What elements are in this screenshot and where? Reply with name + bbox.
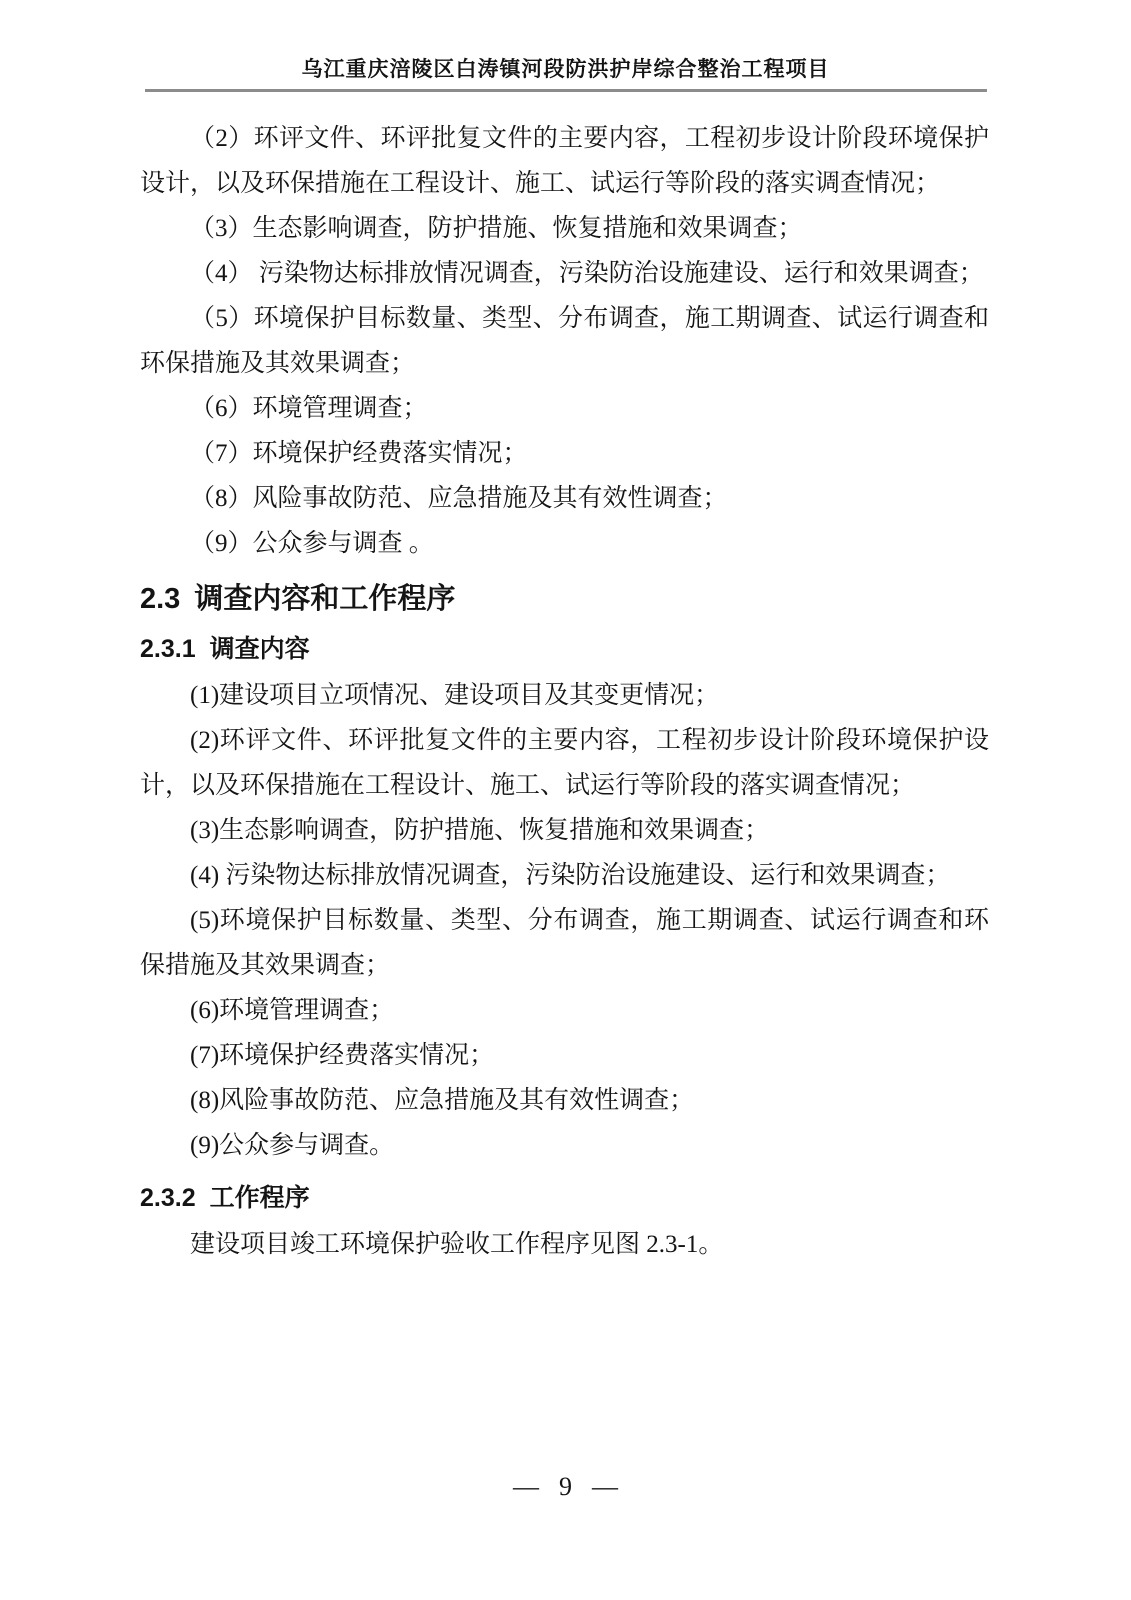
header-title: 乌江重庆涪陵区白涛镇河段防洪护岸综合整治工程项目 (0, 56, 1131, 82)
intro-item: （7）环境保护经费落实情况； (140, 431, 989, 476)
intro-item: （8）风险事故防范、应急措施及其有效性调查； (140, 476, 989, 521)
subsection-heading-2-3-2: 2.3.2工作程序 (140, 1179, 989, 1217)
list-item: (8)风险事故防范、应急措施及其有效性调查； (140, 1078, 989, 1123)
intro-item: （3）生态影响调查，防护措施、恢复措施和效果调查； (140, 206, 989, 251)
list-item: (4) 污染物达标排放情况调查，污染防治设施建设、运行和效果调查； (140, 853, 989, 898)
subsection-title: 调查内容 (210, 635, 310, 663)
page-header: 乌江重庆涪陵区白涛镇河段防洪护岸综合整治工程项目 (0, 0, 1131, 92)
list-item: (6)环境管理调查； (140, 988, 989, 1033)
footer-right-dash: — (592, 1472, 618, 1501)
subsection-number: 2.3.1 (140, 635, 196, 663)
section-title: 调查内容和工作程序 (194, 583, 455, 615)
list-item: (1)建设项目立项情况、建设项目及其变更情况； (140, 673, 989, 718)
intro-item: （2）环评文件、环评批复文件的主要内容，工程初步设计阶段环境保护设计，以及环保措… (140, 116, 989, 206)
intro-item: （4） 污染物达标排放情况调查，污染防治设施建设、运行和效果调查； (140, 251, 989, 296)
footer-left-dash: — (513, 1472, 539, 1501)
page-content: （2）环评文件、环评批复文件的主要内容，工程初步设计阶段环境保护设计，以及环保措… (0, 92, 1131, 1267)
section-number: 2.3 (140, 583, 180, 615)
body-paragraph: 建设项目竣工环境保护验收工作程序见图 2.3-1。 (140, 1222, 989, 1267)
intro-item: （9）公众参与调查 。 (140, 521, 989, 566)
intro-item: （5）环境保护目标数量、类型、分布调查，施工期调查、试运行调查和环保措施及其效果… (140, 296, 989, 386)
intro-item: （6）环境管理调查； (140, 386, 989, 431)
page-footer: —9— (0, 1472, 1131, 1502)
footer-page-number: 9 (559, 1472, 572, 1501)
subsection-heading-2-3-1: 2.3.1调查内容 (140, 630, 989, 668)
document-page: 乌江重庆涪陵区白涛镇河段防洪护岸综合整治工程项目 （2）环评文件、环评批复文件的… (0, 0, 1131, 1600)
list-item: (5)环境保护目标数量、类型、分布调查，施工期调查、试运行调查和环保措施及其效果… (140, 898, 989, 988)
list-item: (2)环评文件、环评批复文件的主要内容，工程初步设计阶段环境保护设计，以及环保措… (140, 718, 989, 808)
subsection-number: 2.3.2 (140, 1184, 196, 1212)
subsection-title: 工作程序 (210, 1184, 310, 1212)
section-heading-2-3: 2.3调查内容和工作程序 (140, 579, 989, 619)
list-item: (3)生态影响调查，防护措施、恢复措施和效果调查； (140, 808, 989, 853)
list-item: (7)环境保护经费落实情况； (140, 1033, 989, 1078)
list-item: (9)公众参与调查。 (140, 1123, 989, 1168)
